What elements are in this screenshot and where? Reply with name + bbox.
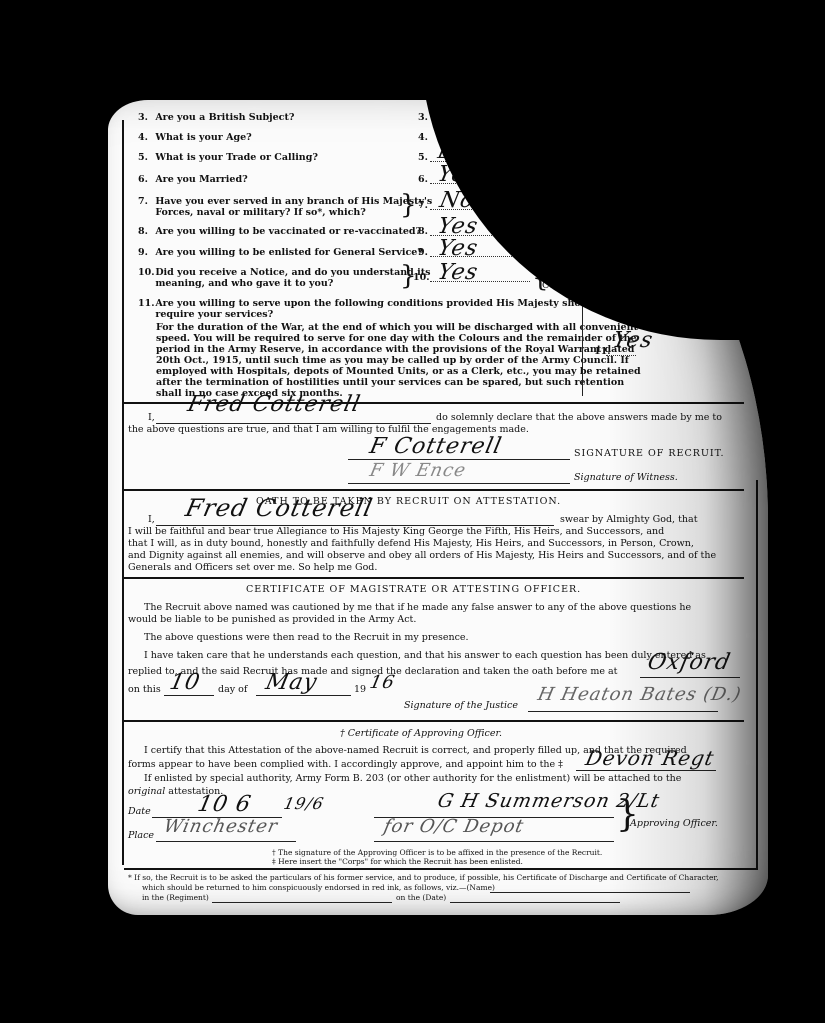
oath-prefix: I, (148, 514, 155, 526)
recruit-signature-label: SIGNATURE OF RECRUIT. (574, 448, 725, 459)
answer-11: Yes (610, 328, 655, 353)
date-label: Date (128, 806, 151, 818)
approval-place: Winchester (162, 816, 280, 837)
q11-conditions: For the duration of the War, at the end … (156, 322, 641, 399)
question-8: 8. Are you willing to be vaccinated or r… (138, 226, 421, 237)
answer-num-5: 5. (418, 152, 428, 163)
approval-date: 10 6 (195, 792, 253, 817)
footnote-date-line (450, 901, 620, 903)
divider-4 (124, 720, 744, 722)
question-10: 10. Did you receive a Notice, and do you… (138, 267, 430, 289)
witness-signature-label: Signature of Witness. (574, 472, 678, 484)
approving-p1b: forms appear to have been complied with.… (128, 759, 563, 771)
declaration-name: Fred Cotterell (185, 392, 363, 417)
day-of-label: day of (218, 684, 247, 696)
answer-num-9: 9. (418, 247, 428, 258)
approving-officer-label: Approving Officer. (630, 818, 718, 830)
witness-signature-line (348, 482, 570, 484)
magistrate-p3a: I have taken care that he understands ea… (144, 650, 706, 662)
question-9: 9. Are you willing to be enlisted for Ge… (138, 247, 423, 258)
question-5: 5. What is your Trade or Calling? (138, 152, 318, 163)
divider-3 (124, 577, 744, 579)
answer-num-3: 3. (418, 112, 428, 123)
declaration-suffix: do solemnly declare that the above answe… (436, 412, 722, 424)
answer-9: Yes (435, 236, 480, 261)
answer-line-11 (606, 354, 636, 356)
approving-title: † Certificate of Approving Officer. (340, 728, 502, 740)
question-7: 7. Have you ever served in any branch of… (138, 196, 432, 218)
answer-num-10: 10. (413, 272, 430, 283)
footnote-line3a: in the (Regiment) (142, 893, 209, 902)
footnote-name-line (490, 891, 690, 893)
question-4: 4. What is your Age? (138, 132, 252, 143)
magistrate-p1b: would be liable to be punished as provid… (128, 614, 416, 626)
magistrate-title: CERTIFICATE OF MAGISTRATE OR ATTESTING O… (246, 584, 581, 595)
approving-p2a: If enlisted by special authority, Army F… (144, 773, 681, 785)
attestation-place: Oxford (645, 650, 733, 675)
note-double-dagger: ‡ Here insert the "Corps" for which the … (272, 857, 523, 866)
recruit-signature: F Cotterell (367, 434, 504, 459)
attestation-day: 10 (167, 670, 202, 695)
attestation-month: May (263, 670, 319, 695)
officer-signature2: for O/C Depot (382, 816, 526, 837)
oath-name: Fred Cotterell (183, 494, 376, 522)
approval-place-line (156, 840, 296, 842)
brace-q7: } (400, 192, 417, 218)
footnote-regiment-line (212, 901, 392, 903)
justice-signature-line (528, 710, 718, 712)
right-border (756, 480, 758, 870)
divider-2 (124, 489, 744, 491)
note-dagger: † The signature of the Approving Officer… (272, 848, 602, 857)
on-this-label: on this (128, 684, 161, 696)
oath-suffix: swear by Almighty God, that (560, 514, 698, 526)
footnote-line2: which should be returned to him conspicu… (142, 883, 495, 892)
declaration-prefix: I, (148, 412, 155, 424)
answer-num-6: 6. (418, 174, 428, 185)
witness-signature: F W Ence (368, 460, 468, 481)
appointed-corps: Devon Regt (583, 746, 716, 770)
justice-label: Signature of the Justice (404, 700, 518, 712)
divider-5 (124, 868, 758, 870)
approval-year: 19/6 (282, 794, 326, 813)
magistrate-p1a: The Recruit above named was cautioned by… (144, 602, 691, 614)
year-prefix: 19 (354, 684, 366, 696)
question-3: 3. Are you a British Subject? (138, 112, 294, 123)
place-label: Place (128, 830, 154, 842)
officer-signature2-line (374, 840, 614, 842)
oath-body: I will be faithful and bear true Allegia… (128, 526, 743, 574)
answer-num-7: 7. (418, 200, 428, 211)
justice-signature: H Heaton Bates (D.) (536, 684, 744, 705)
question-6: 6. Are you Married? (138, 174, 248, 185)
answer-num-4: 4. (418, 132, 428, 143)
answer-num-8: 8. (418, 226, 428, 237)
place-line (640, 676, 740, 678)
footnote-line1: * If so, the Recruit is to be asked the … (128, 873, 719, 882)
question-11: 11. Are you willing to serve upon the fo… (138, 298, 640, 320)
left-border (122, 120, 124, 865)
answer-10: Yes (435, 260, 480, 285)
magistrate-p2: The above questions were then read to th… (144, 632, 469, 644)
footnote-line3b: on the (Date) (396, 893, 446, 902)
brace-q11 (578, 300, 583, 396)
attestation-year: 16 (368, 672, 397, 693)
